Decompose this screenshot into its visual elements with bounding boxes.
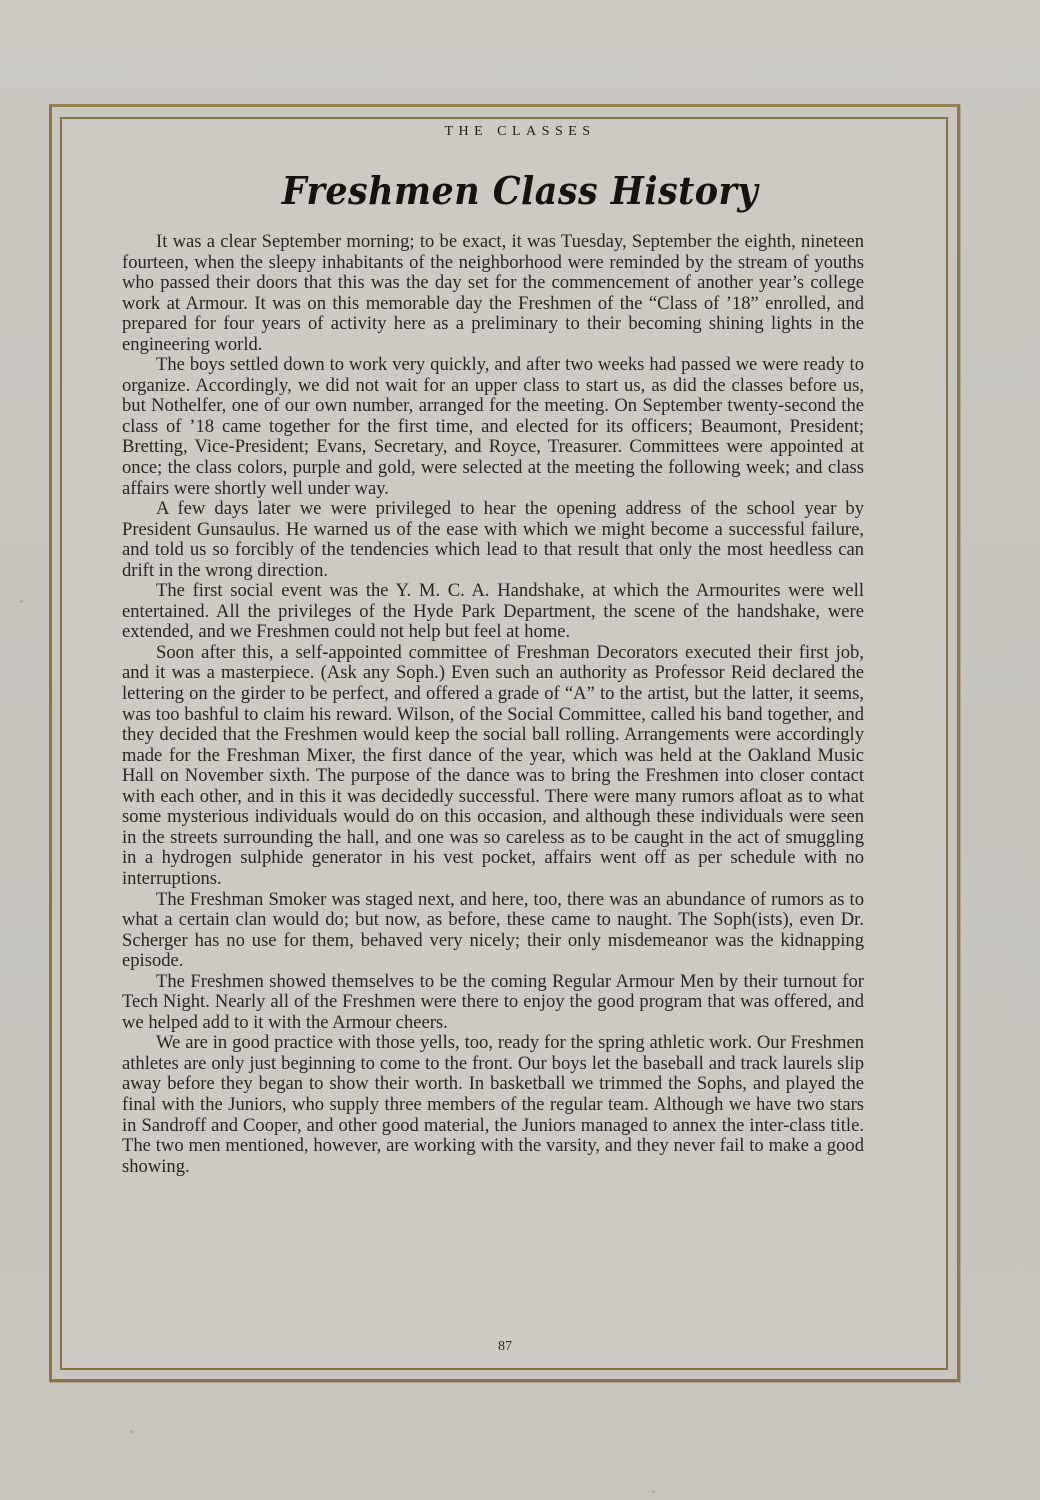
paper-speck bbox=[130, 1430, 133, 1433]
page-number: 87 bbox=[0, 1339, 1010, 1355]
paragraph: The first social event was the Y. M. C. … bbox=[122, 581, 864, 643]
paragraph: Soon after this, a self-appointed commit… bbox=[122, 643, 864, 890]
paragraph: We are in good practice with those yells… bbox=[122, 1033, 864, 1177]
paragraph: The Freshman Smoker was staged next, and… bbox=[122, 890, 864, 972]
running-head: THE CLASSES bbox=[0, 124, 1040, 140]
paper-speck bbox=[20, 600, 23, 603]
paragraph: It was a clear September morning; to be … bbox=[122, 232, 864, 355]
paper-speck bbox=[652, 1490, 655, 1493]
paragraph: The Freshmen showed themselves to be the… bbox=[122, 972, 864, 1034]
article-body: It was a clear September morning; to be … bbox=[122, 232, 864, 1177]
paragraph: A few days later we were privileged to h… bbox=[122, 499, 864, 581]
paragraph: The boys settled down to work very quick… bbox=[122, 355, 864, 499]
page-title: Freshmen Class History bbox=[42, 168, 999, 213]
